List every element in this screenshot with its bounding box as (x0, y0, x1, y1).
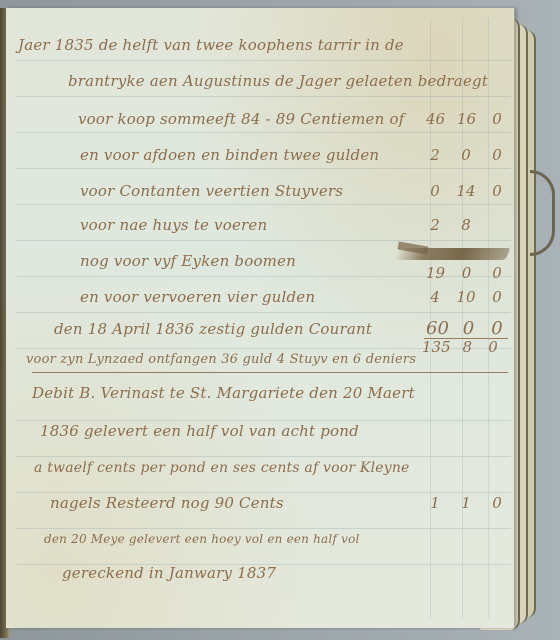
amount: 2 0 0 (426, 146, 506, 164)
ledger-line: den 20 Meye gelevert een hoey vol en een… (44, 532, 360, 546)
ledger-page: Jaer 1835 de helft van twee koophens tar… (6, 8, 515, 628)
amount-stuivers: 8 (457, 216, 475, 234)
ledger-line: en voor vervoeren vier gulden (80, 288, 315, 306)
ledger-line: brantryke aen Augustinus de Jager gelaet… (68, 72, 488, 90)
ruled-line (16, 528, 511, 529)
section-divider (32, 372, 508, 373)
ledger-line: voor Contanten veertien Stuyvers (80, 182, 343, 200)
ledger-line: a twaelf cents per pond en ses cents af … (34, 460, 410, 476)
ledger-line: Jaer 1835 de helft van twee koophens tar… (18, 36, 404, 54)
amount-deniers: 0 (484, 338, 502, 356)
ledger-line: en voor afdoen en binden twee gulden (80, 146, 379, 164)
ledger-line: voor zyn Lynzaed ontfangen 36 guld 4 Stu… (26, 352, 416, 367)
ledger-line: Debit B. Verinast te St. Margariete den … (32, 384, 415, 402)
amount-guilders: 1 (426, 494, 444, 512)
ruled-line (16, 240, 511, 241)
ruled-line (16, 456, 511, 457)
amount: 60 0 0 (426, 318, 506, 339)
ruled-line (16, 312, 511, 313)
struck-out-amount (394, 248, 510, 260)
amount-deniers: 0 (488, 318, 506, 339)
ruled-line (16, 492, 511, 493)
ruled-line (16, 60, 511, 61)
amount-deniers: 0 (488, 264, 506, 282)
book-strap (530, 170, 555, 256)
total-amount: 135 8 0 (422, 338, 502, 356)
ledger-line: voor nae huys te voeren (80, 216, 267, 234)
amount-stuivers: 0 (458, 264, 476, 282)
amount-stuivers: 14 (456, 182, 475, 200)
ledger-line: gereckend in Janwary 1837 (62, 564, 276, 582)
amount-deniers: 0 (488, 494, 506, 512)
amount-stuivers: 8 (458, 338, 476, 356)
amount-stuivers: 0 (457, 146, 475, 164)
amount-deniers (488, 216, 506, 234)
amount-guilders: 4 (426, 288, 444, 306)
ledger-line: 1836 gelevert een half vol van acht pond (40, 422, 359, 440)
amount-guilders: 46 (426, 110, 445, 128)
amount: 4 10 0 (426, 288, 506, 306)
amount: 2 8 (426, 216, 506, 234)
amount: 1 1 0 (426, 494, 506, 512)
amount-stuivers: 16 (457, 110, 476, 128)
amount-guilders: 19 (426, 264, 445, 282)
ruled-line (16, 168, 511, 169)
amount: 19 0 0 (426, 264, 506, 282)
amount-guilders: 135 (422, 338, 451, 356)
ledger-line: nagels Resteerd nog 90 Cents (50, 494, 284, 512)
amount-deniers: 0 (488, 146, 506, 164)
amount-stuivers: 1 (457, 494, 475, 512)
amount-guilders: 60 (426, 318, 449, 339)
amount-deniers: 0 (488, 110, 506, 128)
amount: 46 16 0 (426, 110, 506, 128)
amount-stuivers: 10 (456, 288, 475, 306)
amount-guilders: 2 (426, 216, 444, 234)
ruled-line (16, 420, 511, 421)
ruled-line (16, 204, 511, 205)
amount-guilders: 0 (426, 182, 444, 200)
ruled-line (16, 96, 511, 97)
amount: 0 14 0 (426, 182, 506, 200)
amount-guilders: 2 (426, 146, 444, 164)
ledger-line: den 18 April 1836 zestig gulden Courant (54, 320, 372, 338)
amount-deniers: 0 (488, 182, 506, 200)
ruled-line (16, 132, 511, 133)
ledger-line: voor koop sommeeft 84 - 89 Centiemen of (78, 110, 404, 128)
amount-deniers: 0 (488, 288, 506, 306)
amount-stuivers: 0 (459, 318, 477, 339)
ledger-line: nog voor vyf Eyken boomen (80, 252, 296, 270)
ledger-photo: Jaer 1835 de helft van twee koophens tar… (0, 0, 560, 640)
